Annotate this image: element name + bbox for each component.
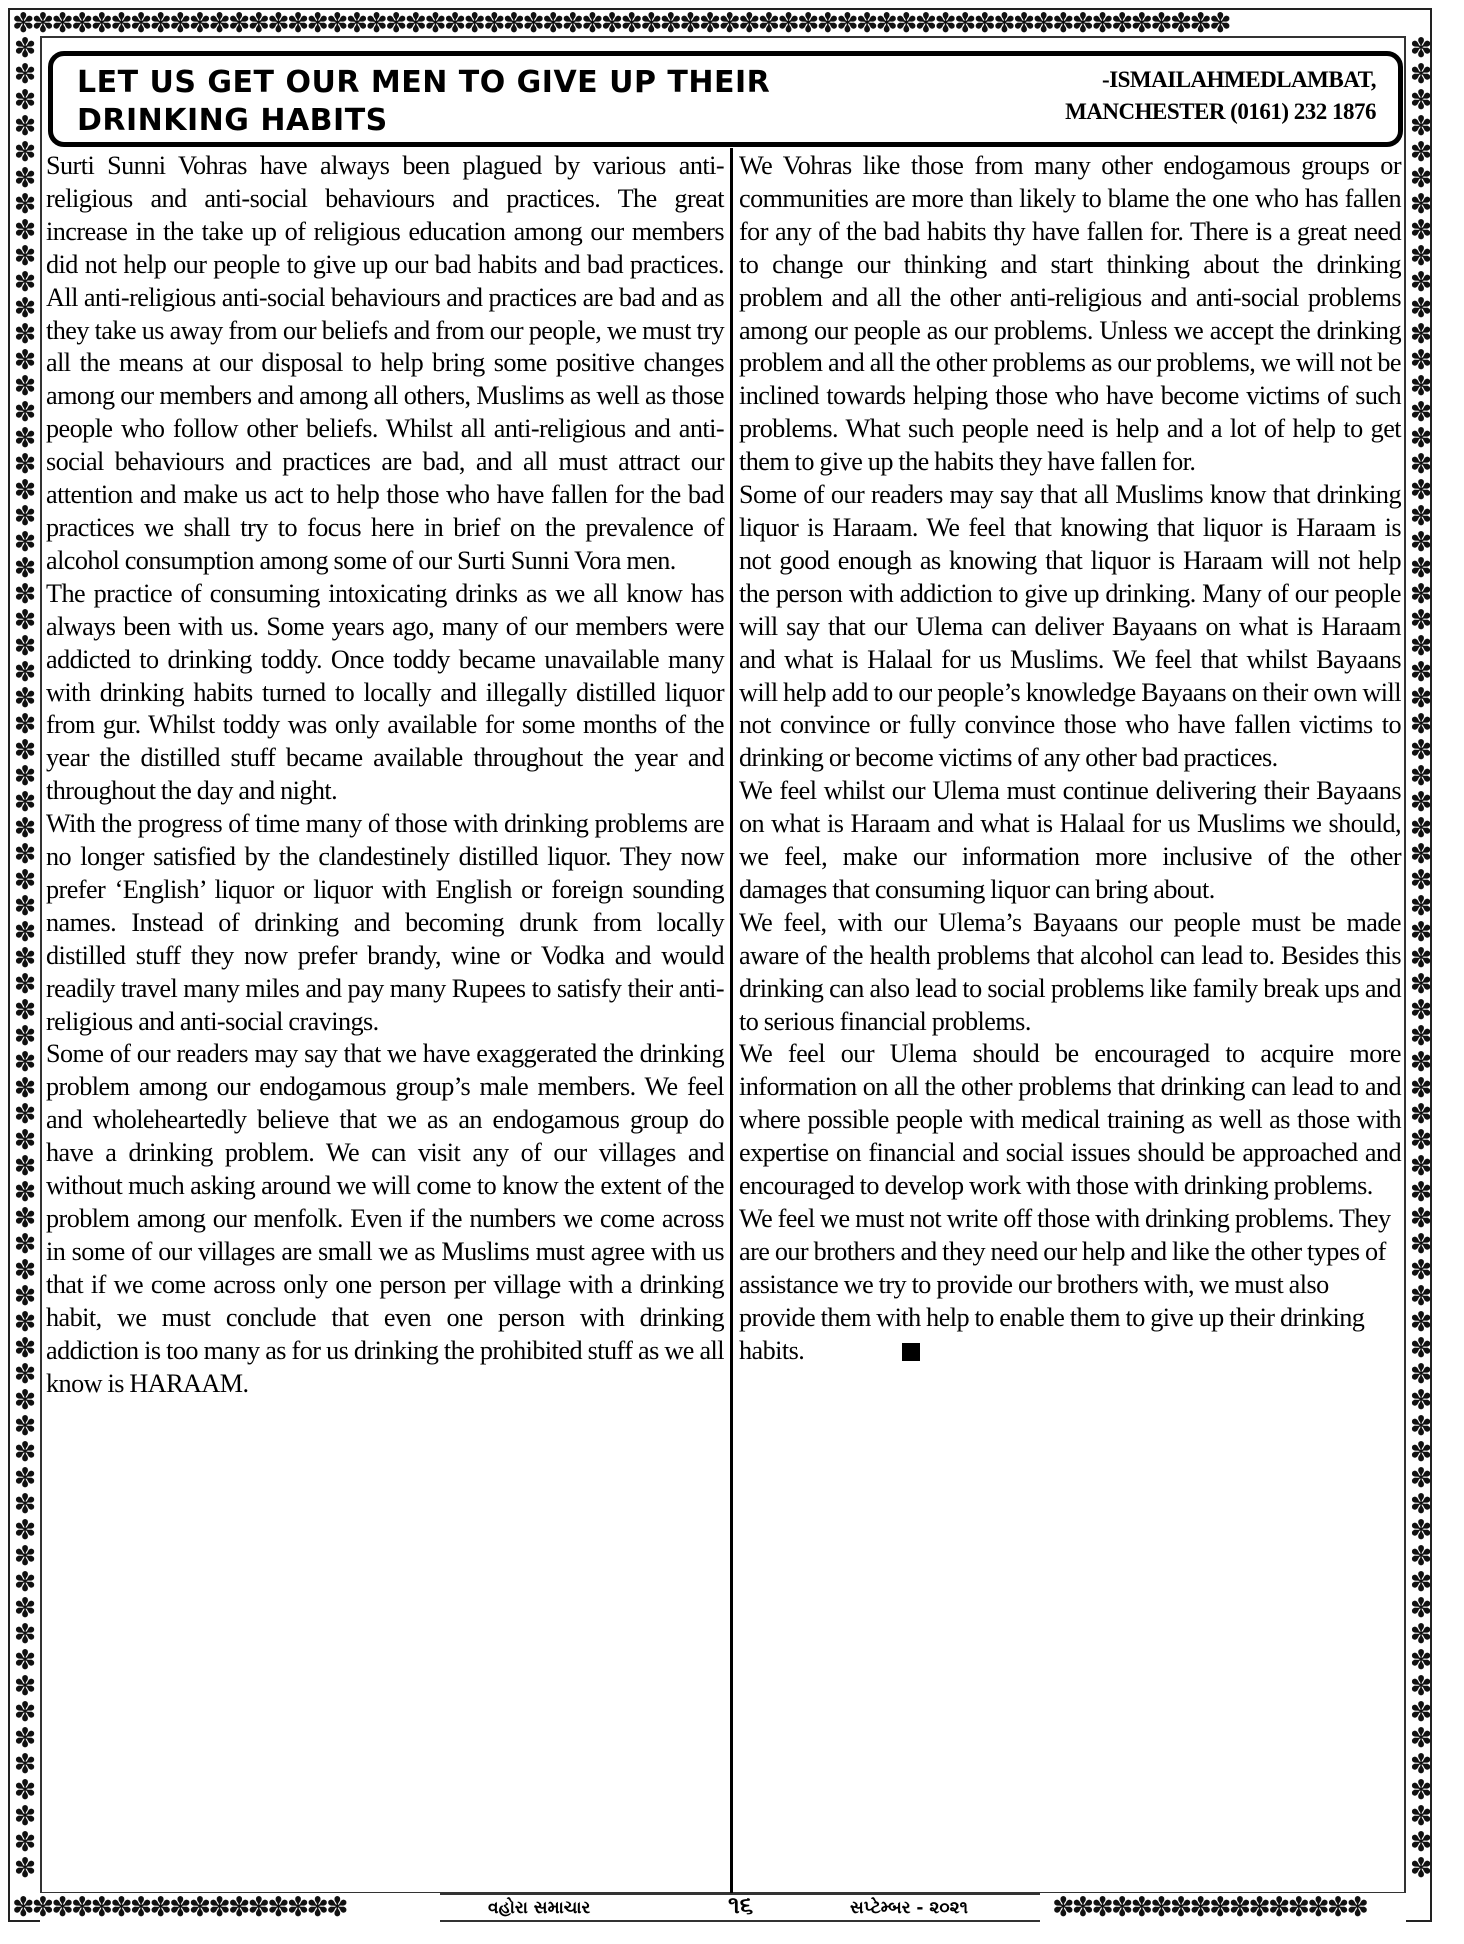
paragraph: We feel our Ulema should be encouraged t… bbox=[739, 1038, 1401, 1203]
paragraph: Some of our readers may say that all Mus… bbox=[739, 479, 1401, 775]
paragraph: The practice of consuming intoxicating d… bbox=[46, 578, 724, 808]
article-column-left: Surti Sunni Vohras have always been plag… bbox=[46, 150, 724, 1890]
paragraph: Some of our readers may say that we have… bbox=[46, 1038, 724, 1400]
article-byline: -ISMAILAHMEDLAMBAT, MANCHESTER (0161) 23… bbox=[1065, 64, 1376, 128]
byline-author: -ISMAILAHMEDLAMBAT, bbox=[1065, 64, 1376, 96]
article-column-right: We Vohras like those from many other end… bbox=[739, 150, 1401, 1890]
page-footer: ✽✽✽✽✽✽✽✽✽✽✽✽✽✽✽✽✽ વહોરા સમાચાર ૧૬ સપ્ટેમ… bbox=[40, 1893, 1406, 1922]
footer-page-number: ૧૬ bbox=[728, 1892, 753, 1918]
footer-publication-name: વહોરા સમાચાર bbox=[488, 1895, 590, 1921]
border-ornament-left: ✽✽✽✽✽✽✽✽✽✽✽✽✽✽✽✽✽✽✽✽✽✽✽✽✽✽✽✽✽✽✽✽✽✽✽✽✽✽✽✽… bbox=[12, 36, 38, 1892]
paragraph: We feel, with our Ulema’s Bayaans our pe… bbox=[739, 907, 1401, 1039]
footer-ornament-left: ✽✽✽✽✽✽✽✽✽✽✽✽✽✽✽✽✽ bbox=[12, 1893, 412, 1922]
border-ornament-right: ✽✽✽✽✽✽✽✽✽✽✽✽✽✽✽✽✽✽✽✽✽✽✽✽✽✽✽✽✽✽✽✽✽✽✽✽✽✽✽✽… bbox=[1408, 36, 1434, 1892]
column-divider bbox=[730, 148, 733, 1895]
paragraph: Surti Sunni Vohras have always been plag… bbox=[46, 150, 724, 578]
border-ornament-top: ✽✽✽✽✽✽✽✽✽✽✽✽✽✽✽✽✽✽✽✽✽✽✽✽✽✽✽✽✽✽✽✽✽✽✽✽✽✽✽✽… bbox=[12, 10, 1428, 34]
paragraph: We feel whilst our Ulema must continue d… bbox=[739, 775, 1401, 907]
paragraph: We Vohras like those from many other end… bbox=[739, 150, 1401, 479]
article-title: LET US GET OUR MEN TO GIVE UP THEIR DRIN… bbox=[77, 64, 937, 140]
byline-location-phone: MANCHESTER (0161) 232 1876 bbox=[1065, 96, 1376, 128]
footer-issue-date: સપ્ટેમ્બર - ૨૦૨૧ bbox=[850, 1895, 968, 1921]
footer-ornament-right: ✽✽✽✽✽✽✽✽✽✽✽✽✽✽✽✽ bbox=[1052, 1893, 1412, 1922]
paragraph-text: We feel we must not write off those with… bbox=[739, 1204, 1391, 1365]
article-header-box: LET US GET OUR MEN TO GIVE UP THEIR DRIN… bbox=[48, 51, 1403, 147]
paragraph: With the progress of time many of those … bbox=[46, 808, 724, 1038]
paragraph-last: We feel we must not write off those with… bbox=[739, 1203, 1401, 1368]
end-square-icon bbox=[902, 1343, 920, 1361]
